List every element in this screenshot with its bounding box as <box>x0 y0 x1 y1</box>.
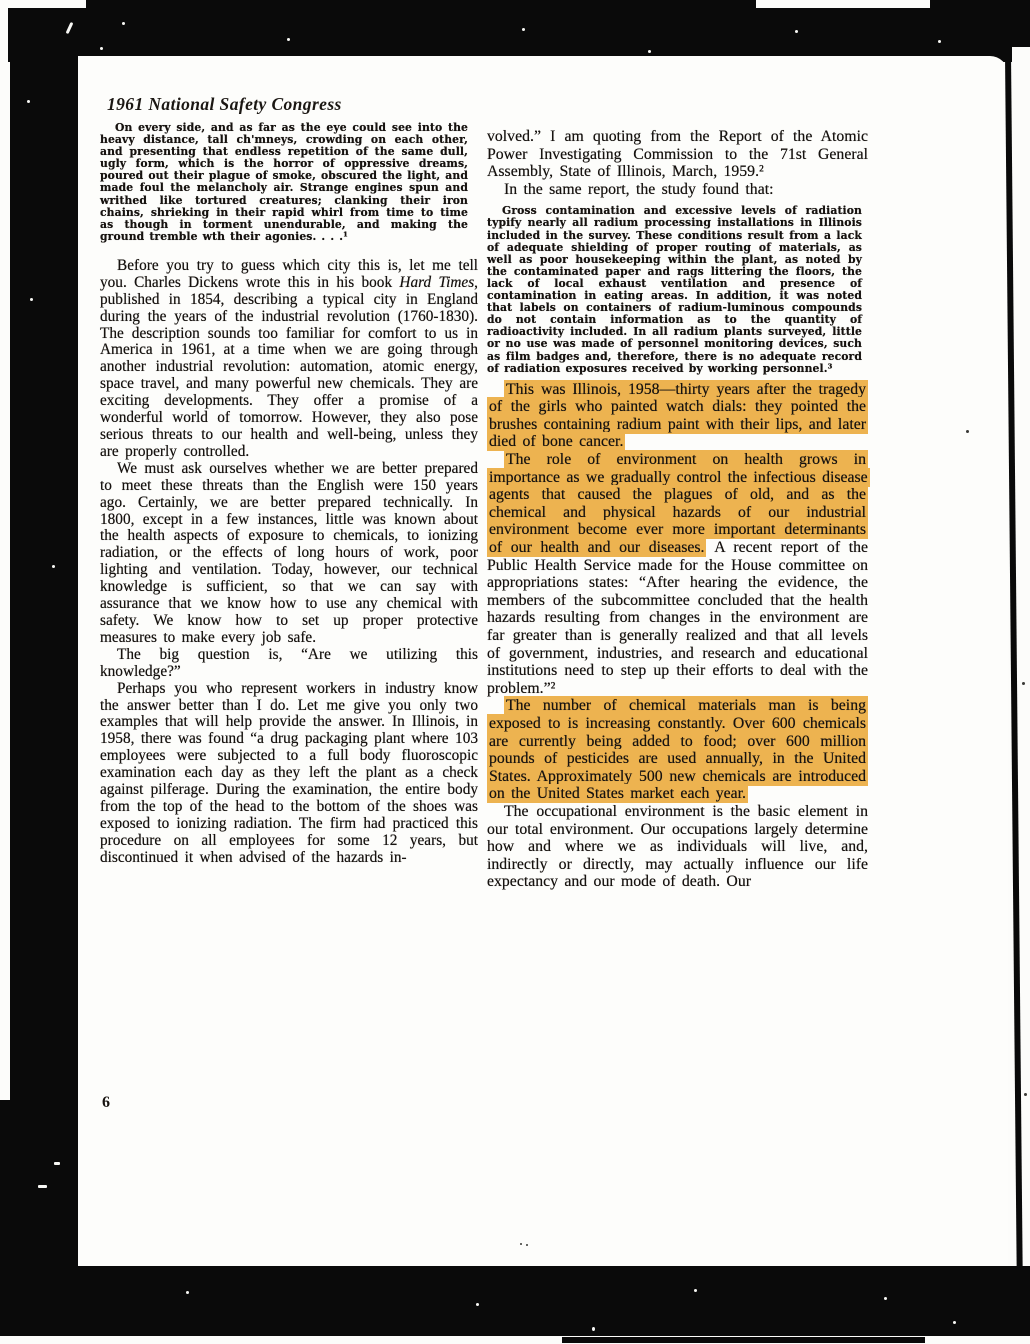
scan-speck <box>884 1297 887 1300</box>
scan-speck <box>953 1321 956 1324</box>
scan-border-top-band <box>8 8 1012 62</box>
text-segment: Perhaps you who represent workers in ind… <box>100 680 478 866</box>
paragraph: The number of chemical materials man is … <box>487 697 868 803</box>
scan-speck <box>476 1303 479 1306</box>
paragraph: In the same report, the study found that… <box>487 181 868 199</box>
scan-speck <box>100 47 103 50</box>
paragraph: volved.” I am quoting from the Report of… <box>487 128 868 181</box>
scan-speck <box>30 298 33 301</box>
scan-speck <box>122 22 125 25</box>
scanned-page-canvas: 1961 National Safety Congress On every s… <box>0 0 1030 1344</box>
highlighted-text: This was Illinois, 1958—thirty years aft… <box>487 380 868 452</box>
text-segment: Gross contamination and excessive levels… <box>487 204 862 374</box>
text-segment: The big question is, “Are we utilizing t… <box>100 646 478 680</box>
page-mark <box>520 1243 522 1245</box>
scan-border-bottom-band <box>0 1266 1030 1336</box>
paragraph: This was Illinois, 1958—thirty years aft… <box>487 381 868 451</box>
paragraph: The role of environment on health grows … <box>487 451 868 697</box>
scan-speck <box>938 40 941 43</box>
text-segment: A recent report of the Public Health Ser… <box>487 539 868 697</box>
paragraph: Before you try to guess which city this … <box>100 258 478 461</box>
paragraph: Gross contamination and excessive levels… <box>487 205 862 374</box>
scan-speck <box>795 30 798 33</box>
text-segment: volved.” I am quoting from the Report of… <box>487 128 868 180</box>
scan-border-left-band <box>10 8 78 1336</box>
page-mark <box>966 430 969 433</box>
right-column: volved.” I am quoting from the Report of… <box>487 128 868 891</box>
scan-speck <box>52 565 55 568</box>
paragraph: On every side, and as far as the eye cou… <box>100 122 468 243</box>
scan-speck <box>287 38 290 41</box>
page-number: 6 <box>102 1094 110 1112</box>
scan-speck <box>592 1327 595 1331</box>
scan-border-bottom-strip <box>562 1337 925 1343</box>
page-mark <box>526 1244 528 1246</box>
text-segment: Hard Times <box>399 274 474 291</box>
paragraph: We must ask ourselves whether we are bet… <box>100 461 478 647</box>
paragraph: The occupational environment is the basi… <box>487 803 868 891</box>
left-column: On every side, and as far as the eye cou… <box>100 122 478 867</box>
paragraph: The big question is, “Are we utilizing t… <box>100 647 478 681</box>
scan-speck <box>186 1291 189 1294</box>
scan-border-top-right <box>930 0 1030 47</box>
highlighted-text: The number of chemical materials man is … <box>487 696 868 803</box>
text-segment: In the same report, the study found that… <box>504 181 774 198</box>
page-mark <box>1022 682 1025 685</box>
scan-speck <box>648 50 651 53</box>
paragraph: Perhaps you who represent workers in ind… <box>100 681 478 867</box>
scan-speck <box>27 100 30 103</box>
text-segment: On every side, and as far as the eye cou… <box>100 121 468 243</box>
page-mark <box>1024 1093 1027 1096</box>
scan-speck <box>54 1162 60 1165</box>
scan-speck <box>38 1185 47 1188</box>
running-head: 1961 National Safety Congress <box>107 94 342 115</box>
scan-speck <box>694 1289 697 1292</box>
text-segment: , published in 1854, describing a typica… <box>100 274 478 460</box>
text-segment: We must ask ourselves whether we are bet… <box>100 460 478 646</box>
scan-speck <box>522 28 525 31</box>
text-segment: The occupational environment is the basi… <box>487 803 868 890</box>
